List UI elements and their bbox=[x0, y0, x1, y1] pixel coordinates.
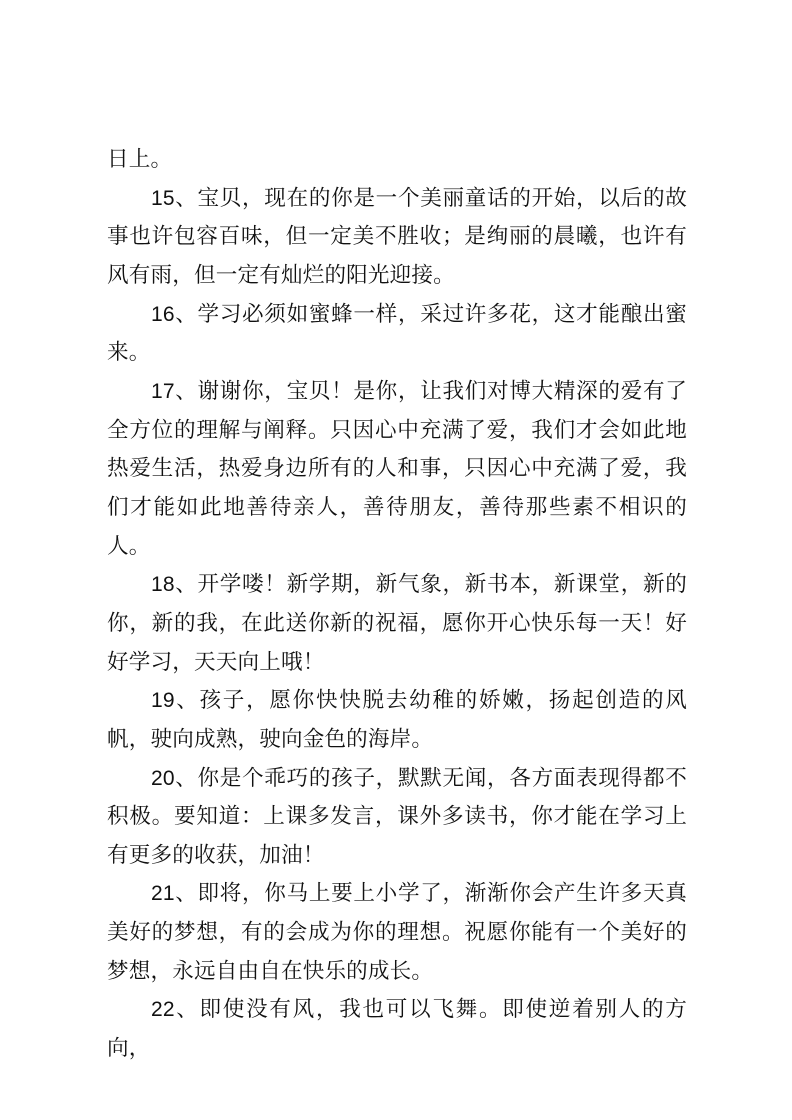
paragraph-20: 20、你是个乖巧的孩子，默默无闻，各方面表现得都不积极。要知道：上课多发言，课外… bbox=[107, 760, 687, 876]
paragraph-text: 日上。 bbox=[107, 147, 172, 172]
paragraph-number: 19 bbox=[151, 689, 175, 712]
paragraph-text: 、开学喽！新学期，新气象，新书本，新课堂，新的你，新的我，在此送你新的祝福，愿你… bbox=[107, 572, 687, 674]
paragraph-text: 、即使没有风，我也可以飞舞。即使逆着别人的方向， bbox=[107, 997, 687, 1061]
paragraph-number: 21 bbox=[151, 882, 175, 905]
paragraph-number: 22 bbox=[151, 998, 175, 1021]
paragraph-number: 18 bbox=[151, 573, 175, 596]
paragraph-number: 17 bbox=[151, 380, 175, 403]
paragraph-number: 16 bbox=[151, 303, 175, 326]
paragraph-16: 16、学习必须如蜜蜂一样，采过许多花，这才能酿出蜜来。 bbox=[107, 296, 687, 373]
paragraph-17: 17、谢谢你，宝贝！是你，让我们对博大精深的爱有了全方位的理解与阐释。只因心中充… bbox=[107, 373, 687, 566]
paragraph-15: 15、宝贝，现在的你是一个美丽童话的开始，以后的故事也许包容百味，但一定美不胜收… bbox=[107, 180, 687, 296]
paragraph-19: 19、孩子，愿你快快脱去幼稚的娇嫩，扬起创造的风帆，驶向成熟，驶向金色的海岸。 bbox=[107, 682, 687, 759]
paragraph-text: 、宝贝，现在的你是一个美丽童话的开始，以后的故事也许包容百味，但一定美不胜收；是… bbox=[107, 186, 687, 288]
paragraph-number: 15 bbox=[151, 187, 175, 210]
paragraph-text: 、学习必须如蜜蜂一样，采过许多花，这才能酿出蜜来。 bbox=[107, 302, 687, 366]
paragraph-21: 21、即将，你马上要上小学了，渐渐你会产生许多天真美好的梦想，有的会成为你的理想… bbox=[107, 875, 687, 991]
paragraph-22: 22、即使没有风，我也可以飞舞。即使逆着别人的方向， bbox=[107, 991, 687, 1068]
paragraph-text: 、你是个乖巧的孩子，默默无闻，各方面表现得都不积极。要知道：上课多发言，课外多读… bbox=[107, 766, 687, 868]
paragraph-number: 20 bbox=[151, 767, 175, 790]
paragraph-18: 18、开学喽！新学期，新气象，新书本，新课堂，新的你，新的我，在此送你新的祝福，… bbox=[107, 566, 687, 682]
paragraph-text: 、即将，你马上要上小学了，渐渐你会产生许多天真美好的梦想，有的会成为你的理想。祝… bbox=[107, 881, 687, 983]
paragraph-text: 、谢谢你，宝贝！是你，让我们对博大精深的爱有了全方位的理解与阐释。只因心中充满了… bbox=[107, 379, 687, 559]
paragraph-continuation: 日上。 bbox=[107, 141, 687, 180]
paragraph-text: 、孩子，愿你快快脱去幼稚的娇嫩，扬起创造的风帆，驶向成熟，驶向金色的海岸。 bbox=[107, 688, 687, 752]
document-page: 日上。 15、宝贝，现在的你是一个美丽童话的开始，以后的故事也许包容百味，但一定… bbox=[107, 141, 687, 1069]
